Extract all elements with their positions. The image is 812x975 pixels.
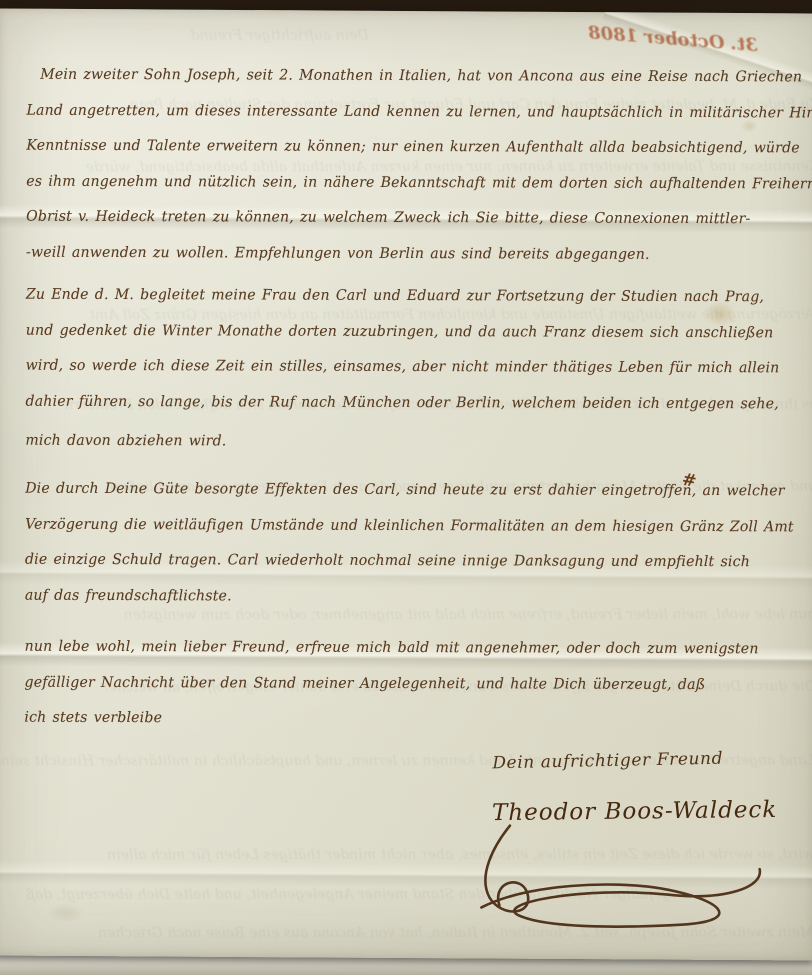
- letter-line: und gedenket die Winter Monathe dorten z…: [26, 313, 765, 351]
- signature-text: Theodor Boos-Waldeck: [492, 797, 792, 826]
- letter-line: nun lebe wohl, mein lieber Freund, erfre…: [25, 630, 764, 668]
- paragraph: nun lebe wohl, mein lieber Freund, erfre…: [24, 630, 786, 739]
- letter-line: Mein zweiter Sohn Joseph, seit 2. Monath…: [27, 58, 766, 96]
- closing-salutation: Dein aufrichtiger Freund: [492, 748, 782, 774]
- paragraph: Mein zweiter Sohn Joseph, seit 2. Monath…: [26, 58, 789, 274]
- letter-line: wird, so werde ich diese Zeit ein stille…: [26, 349, 765, 387]
- letter-line: Zu Ende d. M. begleitet meine Frau den C…: [26, 278, 765, 316]
- bleedthrough-ghost-line: wird, so werde ich diese Zeit ein stille…: [0, 847, 812, 864]
- letter-line: es ihm angenehm und nützlich sein, in nä…: [26, 164, 765, 202]
- letter-line: Kenntnisse und Talente erweitern zu könn…: [26, 129, 765, 167]
- letter-line: gefälliger Nachricht über den Stand mein…: [24, 665, 763, 703]
- bleedthrough-date: 3t. October 1808: [587, 22, 758, 56]
- paragraph: Zu Ende d. M. begleitet meine Frau den C…: [25, 278, 788, 466]
- letter-body: Mein zweiter Sohn Joseph, seit 2. Monath…: [27, 10, 789, 13]
- bleedthrough-ghost-line: Mein zweiter Sohn Joseph, seit 2. Monath…: [0, 925, 812, 942]
- letter-line: mich davon abziehen wird.: [25, 420, 764, 466]
- foxing-stain: [45, 903, 85, 923]
- scanned-letter-page: Dein aufrichtiger Freund Zu Ende d. M. b…: [0, 0, 812, 975]
- letter-line: ich stets verbleibe: [24, 701, 763, 739]
- letter-line: Die durch Deine Güte besorgte Effekten d…: [25, 472, 764, 510]
- letter-paper: Dein aufrichtiger Freund Zu Ende d. M. b…: [0, 9, 812, 961]
- letter-line: Obrist v. Heideck treten zu können, zu w…: [26, 200, 765, 238]
- letter-line: die einzige Schuld tragen. Carl wiederho…: [25, 543, 764, 581]
- bleedthrough-ghost-line: Dein aufrichtiger Freund: [29, 28, 369, 44]
- bleedthrough-ghost-line: gefälliger Nachricht über den Stand mein…: [13, 886, 670, 903]
- letter-line: Verzögerung die weitläufigen Umstände un…: [25, 507, 764, 545]
- letter-line: dahier führen, so lange, bis der Ruf nac…: [25, 384, 764, 422]
- letter-line: -weill anwenden zu wollen. Empfehlungen …: [26, 235, 765, 273]
- signature-flourish: [463, 823, 784, 935]
- fold-crease: [0, 860, 812, 889]
- letter-line: Land angetretten, um dieses interessante…: [26, 93, 765, 131]
- paragraph: Die durch Deine Güte besorgte Effekten d…: [25, 472, 787, 617]
- letter-line: auf das freundschaftlichste.: [25, 578, 764, 616]
